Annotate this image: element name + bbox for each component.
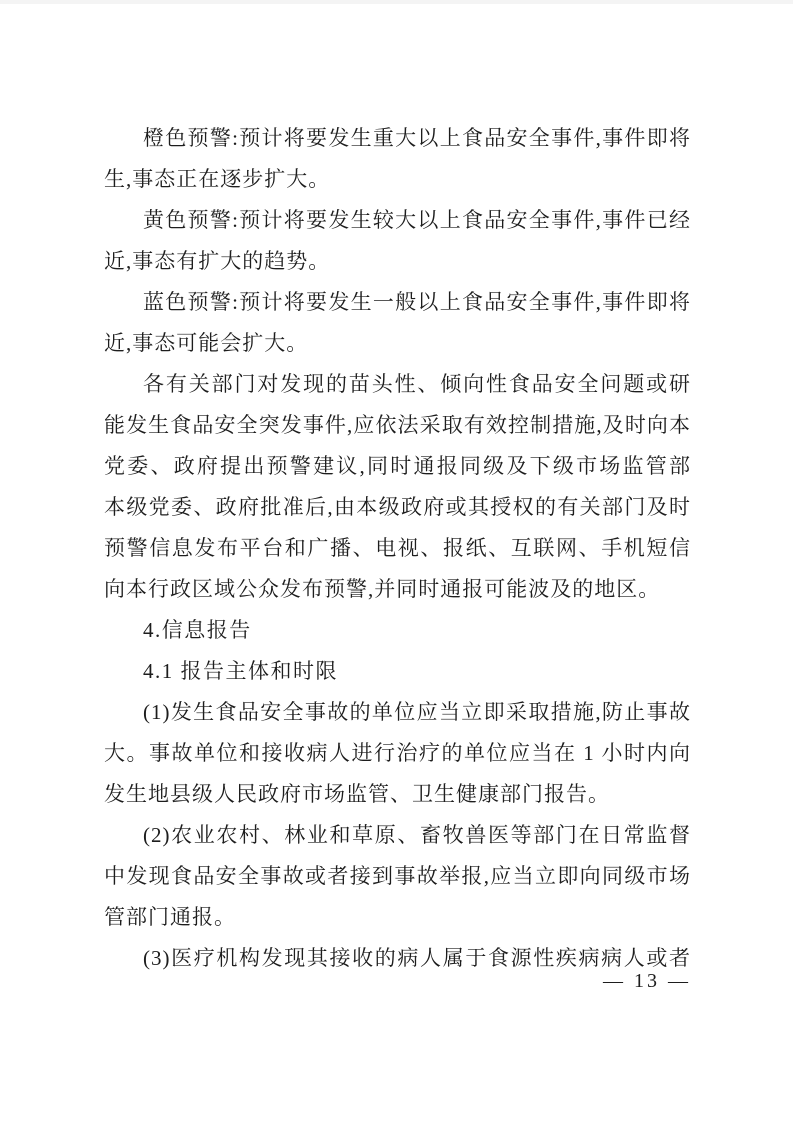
text-line: 向本行政区域公众发布预警,并同时通报可能波及的地区。 [104,569,691,610]
document-page: 橙色预警:预计将要发生重大以上食品安全事件,事件即将发生,事态正在逐步扩大。黄色… [0,0,793,1122]
text-line: 近,事态可能会扩大。 [104,323,691,364]
text-line: 4.信息报告 [104,610,691,651]
text-line: 大。事故单位和接收病人进行治疗的单位应当在 1 小时内向事故 [104,733,691,774]
text-line: 近,事态有扩大的趋势。 [104,241,691,282]
text-line: 黄色预警:预计将要发生较大以上食品安全事件,事件已经临 [104,200,691,241]
text-line: 生,事态正在逐步扩大。 [104,159,691,200]
heading-4-info-report: 4.信息报告 [104,610,691,651]
text-line: 4.1 报告主体和时限 [104,651,691,692]
scan-edge-shadow [0,0,793,4]
para-orange-warning: 橙色预警:预计将要发生重大以上食品安全事件,事件即将发生,事态正在逐步扩大。 [104,118,691,200]
para-blue-warning: 蓝色预警:预计将要发生一般以上食品安全事件,事件即将临近,事态可能会扩大。 [104,282,691,364]
heading-4-1-report-subject: 4.1 报告主体和时限 [104,651,691,692]
text-line: 蓝色预警:预计将要发生一般以上食品安全事件,事件即将临 [104,282,691,323]
text-line: 各有关部门对发现的苗头性、倾向性食品安全问题或研判可 [104,364,691,405]
para-warning-release: 各有关部门对发现的苗头性、倾向性食品安全问题或研判可能发生食品安全突发事件,应依… [104,364,691,610]
text-line: (1)发生食品安全事故的单位应当立即采取措施,防止事故扩 [104,692,691,733]
text-line: 预警信息发布平台和广播、电视、报纸、互联网、手机短信等渠道, [104,528,691,569]
para-report-item-1: (1)发生食品安全事故的单位应当立即采取措施,防止事故扩大。事故单位和接收病人进… [104,692,691,815]
para-yellow-warning: 黄色预警:预计将要发生较大以上食品安全事件,事件已经临近,事态有扩大的趋势。 [104,200,691,282]
page-body: 橙色预警:预计将要发生重大以上食品安全事件,事件即将发生,事态正在逐步扩大。黄色… [104,118,691,979]
text-line: 能发生食品安全突发事件,应依法采取有效控制措施,及时向本级 [104,405,691,446]
text-line: (2)农业农村、林业和草原、畜牧兽医等部门在日常监督管理 [104,815,691,856]
page-number: — 13 — [104,966,691,996]
text-line: 本级党委、政府批准后,由本级政府或其授权的有关部门及时通过 [104,487,691,528]
text-line: 橙色预警:预计将要发生重大以上食品安全事件,事件即将发 [104,118,691,159]
text-line: 党委、政府提出预警建议,同时通报同级及下级市场监管部门。经 [104,446,691,487]
para-report-item-2: (2)农业农村、林业和草原、畜牧兽医等部门在日常监督管理中发现食品安全事故或者接… [104,815,691,938]
text-line: 发生地县级人民政府市场监管、卫生健康部门报告。 [104,774,691,815]
text-line: 管部门通报。 [104,897,691,938]
text-line: 中发现食品安全事故或者接到事故举报,应当立即向同级市场监 [104,856,691,897]
